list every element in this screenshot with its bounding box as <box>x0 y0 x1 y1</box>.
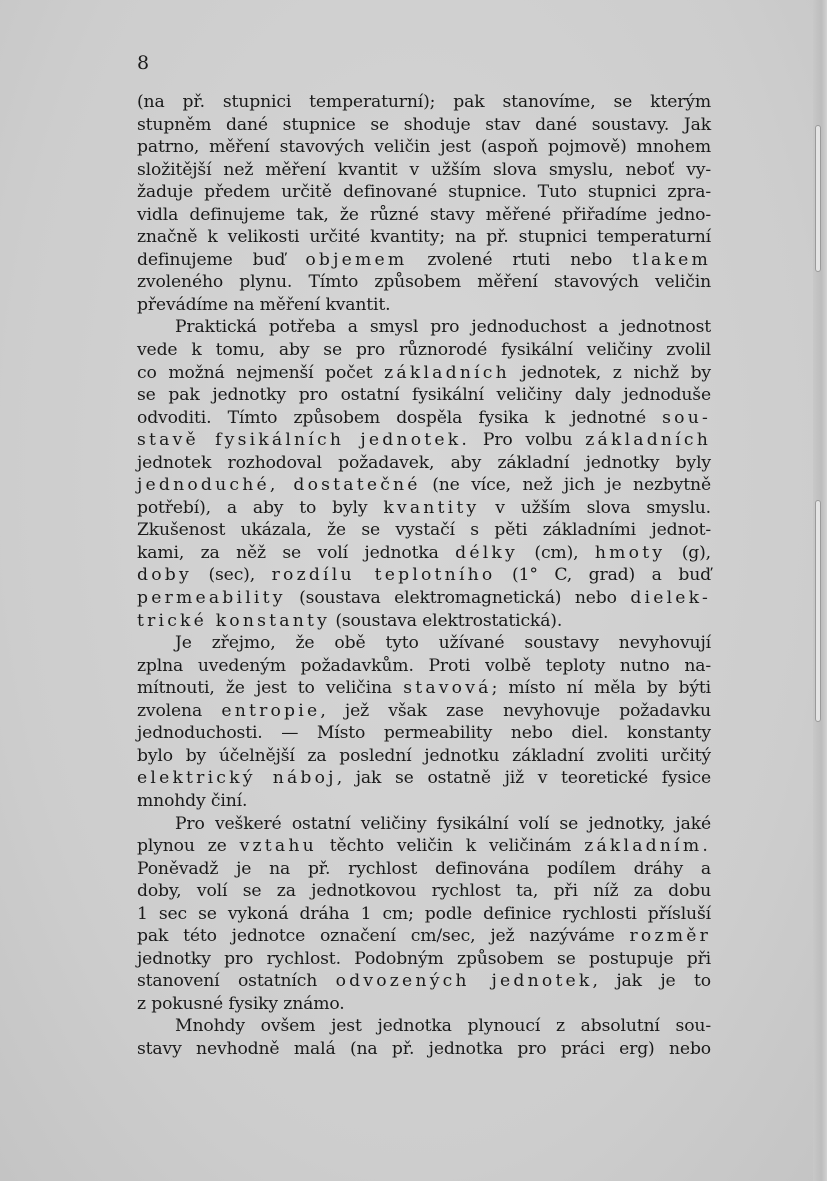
spaced-emphasis: doby <box>137 565 192 585</box>
text-line: potřebí), a aby to byly kvantity v užším… <box>137 497 711 520</box>
text-line: plynou ze vztahu těchto veličin k veliči… <box>137 835 711 858</box>
text-line: stanovení ostatních odvozených jednotek,… <box>137 970 711 993</box>
spaced-emphasis: základním. <box>584 836 711 856</box>
spaced-emphasis: hmoty <box>595 543 665 563</box>
text-line: Poněvadž je na př. rychlost definována p… <box>137 858 711 881</box>
binding-stitch <box>815 500 821 722</box>
book-page: 8 (na př. stupnici temperaturní); pak st… <box>0 0 827 1181</box>
text-line: značně k velikosti určité kvantity; na p… <box>137 226 711 249</box>
paragraph-start-line: Mnohdy ovšem jest jednotka plynoucí z ab… <box>137 1015 711 1038</box>
spaced-emphasis: entropie <box>221 701 320 721</box>
spaced-emphasis: odvozených jednotek <box>336 971 593 991</box>
text-line: vede k tomu, aby se pro různorodé fysiká… <box>137 339 711 362</box>
text-line: převádíme na měření kvantit. <box>137 294 711 317</box>
spaced-emphasis: objemem <box>305 250 407 270</box>
spaced-emphasis: permeability <box>137 588 286 608</box>
body-text: (na př. stupnici temperaturní); pak stan… <box>137 91 711 1061</box>
spaced-emphasis: trické konstanty <box>137 611 330 631</box>
text-line: trické konstanty (soustava elektrostatic… <box>137 610 711 633</box>
spaced-emphasis: jednoduché, dostatečné <box>137 475 421 495</box>
spaced-emphasis: vztahu <box>240 836 317 856</box>
spaced-emphasis: základních <box>585 430 711 450</box>
text-line: mnohdy činí. <box>137 790 711 813</box>
text-line: mítnouti, že jest to veličina stavová; m… <box>137 677 711 700</box>
text-line: zplna uvedeným požadavkům. Proti volbě t… <box>137 655 711 678</box>
text-line: (na př. stupnici temperaturní); pak stan… <box>137 91 711 114</box>
paragraph-start-line: Praktická potřeba a smysl pro jednoducho… <box>137 316 711 339</box>
page-number: 8 <box>137 52 149 74</box>
text-line: doby (sec), rozdílu teplotního (1° C, gr… <box>137 564 711 587</box>
text-line: jednoduchosti. — Místo permeability nebo… <box>137 722 711 745</box>
spaced-emphasis: sou- <box>662 408 711 428</box>
text-line: stavy nevhodně malá (na př. jednotka pro… <box>137 1038 711 1061</box>
text-line: pak této jednotce označení cm/sec, jež n… <box>137 925 711 948</box>
text-line: žaduje předem určitě definované stupnice… <box>137 181 711 204</box>
paragraph-start-line: Je zřejmo, že obě tyto užívané soustavy … <box>137 632 711 655</box>
binding-stitch <box>815 125 821 272</box>
spaced-emphasis: délky <box>455 543 518 563</box>
spaced-emphasis: stavová <box>403 678 491 698</box>
text-line: definujeme buď objemem zvolené rtuti neb… <box>137 249 711 272</box>
text-line: zvolena entropie, jež však zase nevyhovu… <box>137 700 711 723</box>
text-line: bylo by účelnější za poslední jednotku z… <box>137 745 711 768</box>
text-line: stupněm dané stupnice se shoduje stav da… <box>137 114 711 137</box>
spaced-emphasis: rozměr <box>629 926 711 946</box>
text-line: jednoduché, dostatečné (ne více, než jic… <box>137 474 711 497</box>
spaced-emphasis: základních <box>384 363 510 383</box>
page-binding-edge <box>813 0 827 1181</box>
text-line: jednotky pro rychlost. Podobným způsobem… <box>137 948 711 971</box>
text-line: Zkušenost ukázala, že se vystačí s pěti … <box>137 519 711 542</box>
text-line: patrno, měření stavových veličin jest (a… <box>137 136 711 159</box>
paragraph-start-line: Pro veškeré ostatní veličiny fysikální v… <box>137 813 711 836</box>
text-line: permeability (soustava elektromagnetická… <box>137 587 711 610</box>
spaced-emphasis: tlakem <box>632 250 711 270</box>
text-line: složitější než měření kvantit v užším sl… <box>137 159 711 182</box>
text-line: co možná nejmenší počet základních jedno… <box>137 362 711 385</box>
spaced-emphasis: stavě fysikálních jednotek. <box>137 430 470 450</box>
text-line: stavě fysikálních jednotek. Pro volbu zá… <box>137 429 711 452</box>
spaced-emphasis: elektrický náboj <box>137 768 337 788</box>
text-line: se pak jednotky pro ostatní fysikální ve… <box>137 384 711 407</box>
spaced-emphasis: kvantity <box>383 498 479 518</box>
text-line: jednotek rozhodoval požadavek, aby zákla… <box>137 452 711 475</box>
text-line: elektrický náboj, jak se ostatně již v t… <box>137 767 711 790</box>
spaced-emphasis: dielek- <box>630 588 711 608</box>
text-line: vidla definujeme tak, že různé stavy měř… <box>137 204 711 227</box>
text-line: kami, za něž se volí jednotka délky (cm)… <box>137 542 711 565</box>
text-line: 1 sec se vykoná dráha 1 cm; podle defini… <box>137 903 711 926</box>
text-line: z pokusné fysiky známo. <box>137 993 711 1016</box>
spaced-emphasis: rozdílu teplotního <box>272 565 496 585</box>
text-line: zvoleného plynu. Tímto způsobem měření s… <box>137 271 711 294</box>
text-line: doby, volí se za jednotkovou rychlost ta… <box>137 880 711 903</box>
text-line: odvoditi. Tímto způsobem dospěla fysika … <box>137 407 711 430</box>
